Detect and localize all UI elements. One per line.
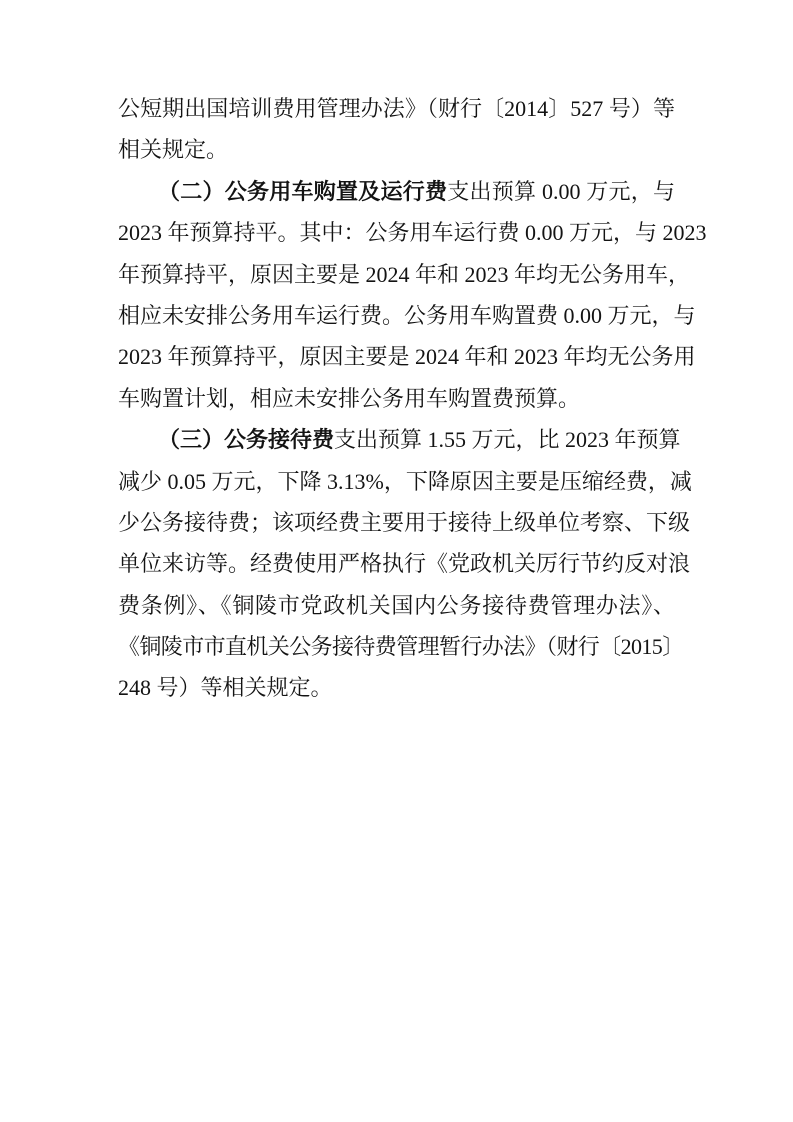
text-run: 2023 年预算持平。其中：公务用车运行费 0.00 万元，与 2023 — [118, 220, 707, 245]
text-line: 单位来访等。经费使用严格执行《党政机关厉行节约反对浪 — [118, 543, 675, 584]
text-block: 公短期出国培训费用管理办法》（财行〔2014〕527 号）等 相关规定。 （二）… — [118, 88, 675, 709]
text-run: 相应未安排公务用车运行费。公务用车购置费 0.00 万元，与 — [118, 303, 696, 328]
text-run: 费条例》、《铜陵市党政机关国内公务接待费管理办法》、 — [118, 593, 675, 618]
text-line: 车购置计划，相应未安排公务用车购置费预算。 — [118, 378, 675, 419]
text-line: 《铜陵市市直机关公务接待费管理暂行办法》（财行〔2015〕 — [118, 626, 675, 667]
text-line: 公短期出国培训费用管理办法》（财行〔2014〕527 号）等 — [118, 88, 675, 129]
text-run: 《铜陵市市直机关公务接待费管理暂行办法》（财行〔2015〕 — [118, 634, 684, 659]
text-line: 2023 年预算持平，原因主要是 2024 年和 2023 年均无公务用 — [118, 336, 675, 377]
text-run: 公短期出国培训费用管理办法》（财行〔2014〕527 号）等 — [118, 96, 675, 121]
text-line: 年预算持平，原因主要是 2024 年和 2023 年均无公务用车， — [118, 254, 675, 295]
section-heading-run: （二）公务用车购置及运行费 — [158, 179, 447, 204]
paragraph-official-reception-fee: （三）公务接待费支出预算 1.55 万元，比 2023 年预算 减少 0.05 … — [118, 419, 675, 709]
text-run: 单位来访等。经费使用严格执行《党政机关厉行节约反对浪 — [118, 551, 690, 576]
text-run: 支出预算 1.55 万元，比 2023 年预算 — [334, 427, 681, 452]
text-line: 相关规定。 — [118, 129, 675, 170]
text-line: 相应未安排公务用车运行费。公务用车购置费 0.00 万元，与 — [118, 295, 675, 336]
text-line: （三）公务接待费支出预算 1.55 万元，比 2023 年预算 — [118, 419, 675, 460]
text-line: 费条例》、《铜陵市党政机关国内公务接待费管理办法》、 — [118, 585, 675, 626]
text-run: 少公务接待费；该项经费主要用于接待上级单位考察、下级 — [118, 510, 690, 535]
text-line: 减少 0.05 万元，下降 3.13%，下降原因主要是压缩经费，减 — [118, 461, 675, 502]
text-line: 2023 年预算持平。其中：公务用车运行费 0.00 万元，与 2023 — [118, 212, 675, 253]
text-run: 2023 年预算持平，原因主要是 2024 年和 2023 年均无公务用 — [118, 344, 696, 369]
paragraph-official-vehicle-purchase-and-operation-fee: （二）公务用车购置及运行费支出预算 0.00 万元，与 2023 年预算持平。其… — [118, 171, 675, 419]
text-line: 248 号）等相关规定。 — [118, 667, 675, 708]
text-run: 248 号）等相关规定。 — [118, 675, 333, 700]
text-run: 车购置计划，相应未安排公务用车购置费预算。 — [118, 386, 580, 411]
text-run: 相关规定。 — [118, 137, 228, 162]
text-run: 减少 0.05 万元，下降 3.13%，下降原因主要是压缩经费，减 — [118, 469, 692, 494]
document-page: 公短期出国培训费用管理办法》（财行〔2014〕527 号）等 相关规定。 （二）… — [0, 0, 793, 1122]
text-run: 支出预算 0.00 万元，与 — [447, 179, 675, 204]
section-heading-run: （三）公务接待费 — [158, 427, 334, 452]
text-run: 年预算持平，原因主要是 2024 年和 2023 年均无公务用车， — [118, 262, 690, 287]
text-line: （二）公务用车购置及运行费支出预算 0.00 万元，与 — [118, 171, 675, 212]
text-line: 少公务接待费；该项经费主要用于接待上级单位考察、下级 — [118, 502, 675, 543]
paragraph-training-fee-regulations-continued: 公短期出国培训费用管理办法》（财行〔2014〕527 号）等 相关规定。 — [118, 88, 675, 171]
